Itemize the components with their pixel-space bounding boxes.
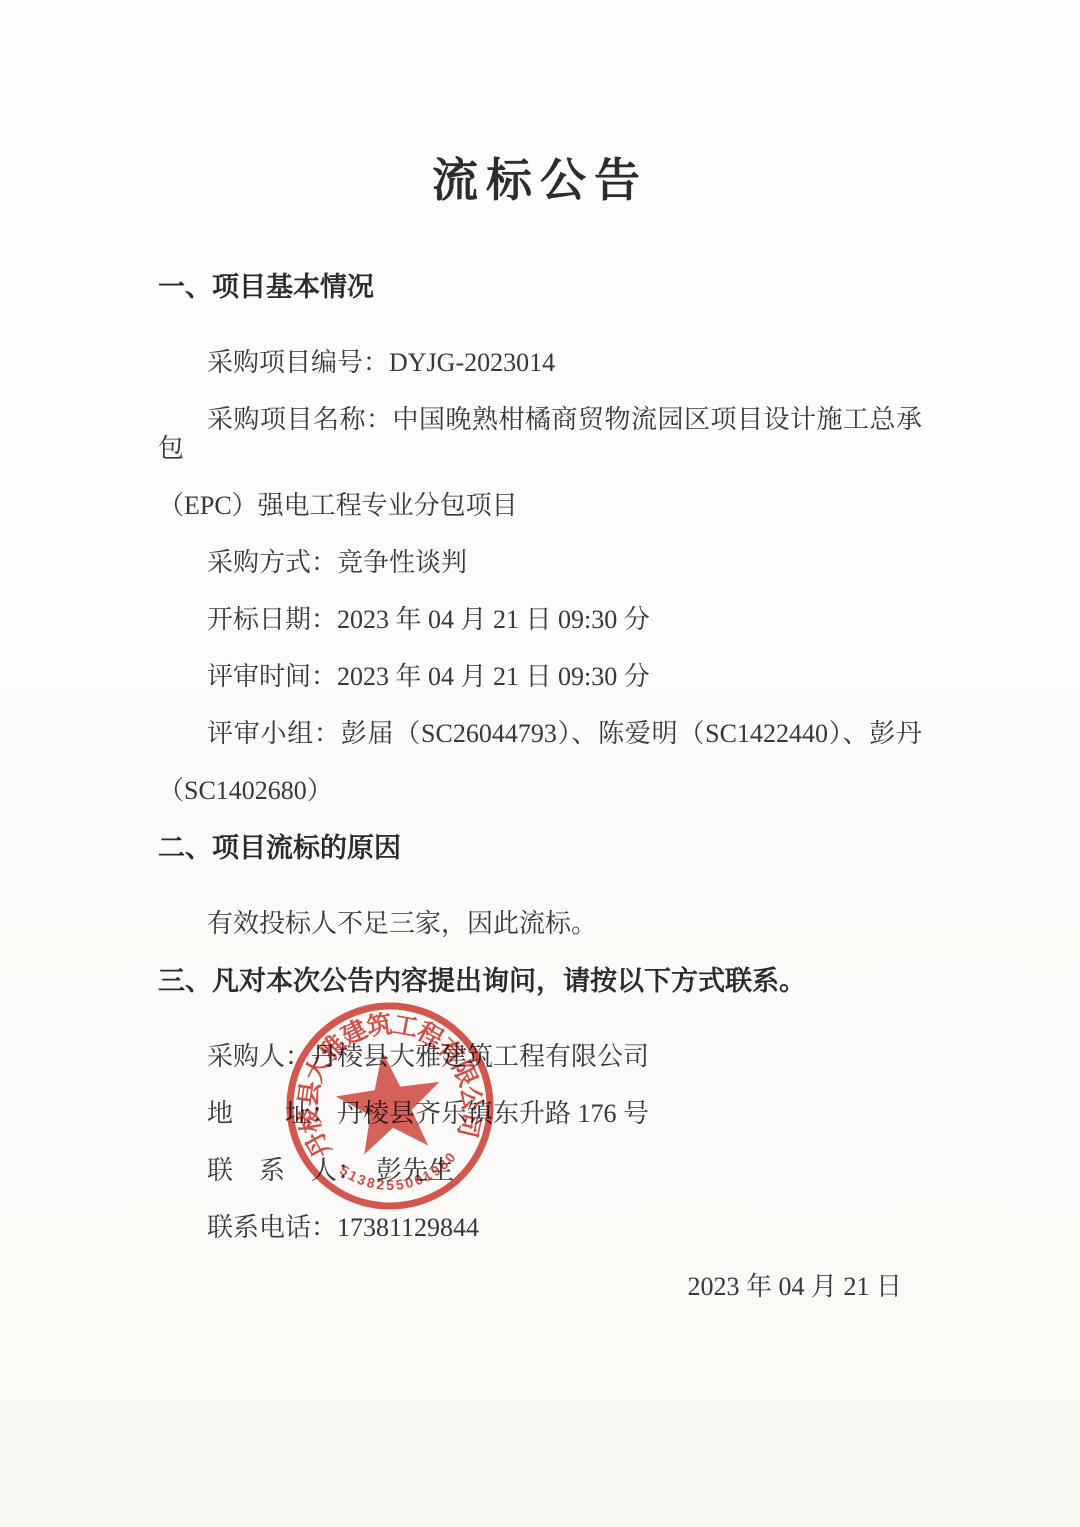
section2-heading: 二、项目流标的原因 <box>158 833 922 863</box>
line-bid-opening-date: 开标日期：2023 年 04 月 21 日 09:30 分 <box>158 605 922 634</box>
line-address: 地 址：丹棱县齐乐镇东升路 176 号 <box>158 1099 922 1128</box>
line-project-number: 采购项目编号：DYJG-2023014 <box>158 348 922 377</box>
line-purchaser: 采购人：丹棱县大雅建筑工程有限公司 <box>158 1042 922 1071</box>
line-review-time: 评审时间：2023 年 04 月 21 日 09:30 分 <box>158 662 922 691</box>
line-review-panel: 评审小组：彭届（SC26044793）、陈爱明（SC1422440）、彭丹 <box>158 719 922 748</box>
section3-heading: 三、凡对本次公告内容提出询问，请按以下方式联系。 <box>158 966 922 996</box>
line-contact-phone: 联系电话：17381129844 <box>158 1213 922 1242</box>
line-review-panel-cont: （SC1402680） <box>158 776 922 805</box>
line-contact-person: 联 系 人： 彭先生 <box>158 1156 922 1185</box>
page-title: 流标公告 <box>158 0 922 206</box>
line-project-name: 采购项目名称：中国晚熟柑橘商贸物流园区项目设计施工总承包 <box>158 405 922 463</box>
line-procurement-method: 采购方式：竞争性谈判 <box>158 548 922 577</box>
section-contact: 三、凡对本次公告内容提出询问，请按以下方式联系。 采购人：丹棱县大雅建筑工程有限… <box>158 966 922 1242</box>
scanned-announcement-page: 流标公告 一、项目基本情况 采购项目编号：DYJG-2023014 采购项目名称… <box>0 0 1080 1527</box>
line-failure-reason: 有效投标人不足三家，因此流标。 <box>158 909 922 938</box>
announcement-date: 2023 年 04 月 21 日 <box>158 1272 922 1301</box>
document-body: 流标公告 一、项目基本情况 采购项目编号：DYJG-2023014 采购项目名称… <box>158 0 922 1301</box>
line-project-name-cont: （EPC）强电工程专业分包项目 <box>158 491 922 520</box>
section1-heading: 一、项目基本情况 <box>158 272 922 302</box>
section-basic-info: 一、项目基本情况 采购项目编号：DYJG-2023014 采购项目名称：中国晚熟… <box>158 272 922 805</box>
section-failure-reason: 二、项目流标的原因 有效投标人不足三家，因此流标。 <box>158 833 922 938</box>
